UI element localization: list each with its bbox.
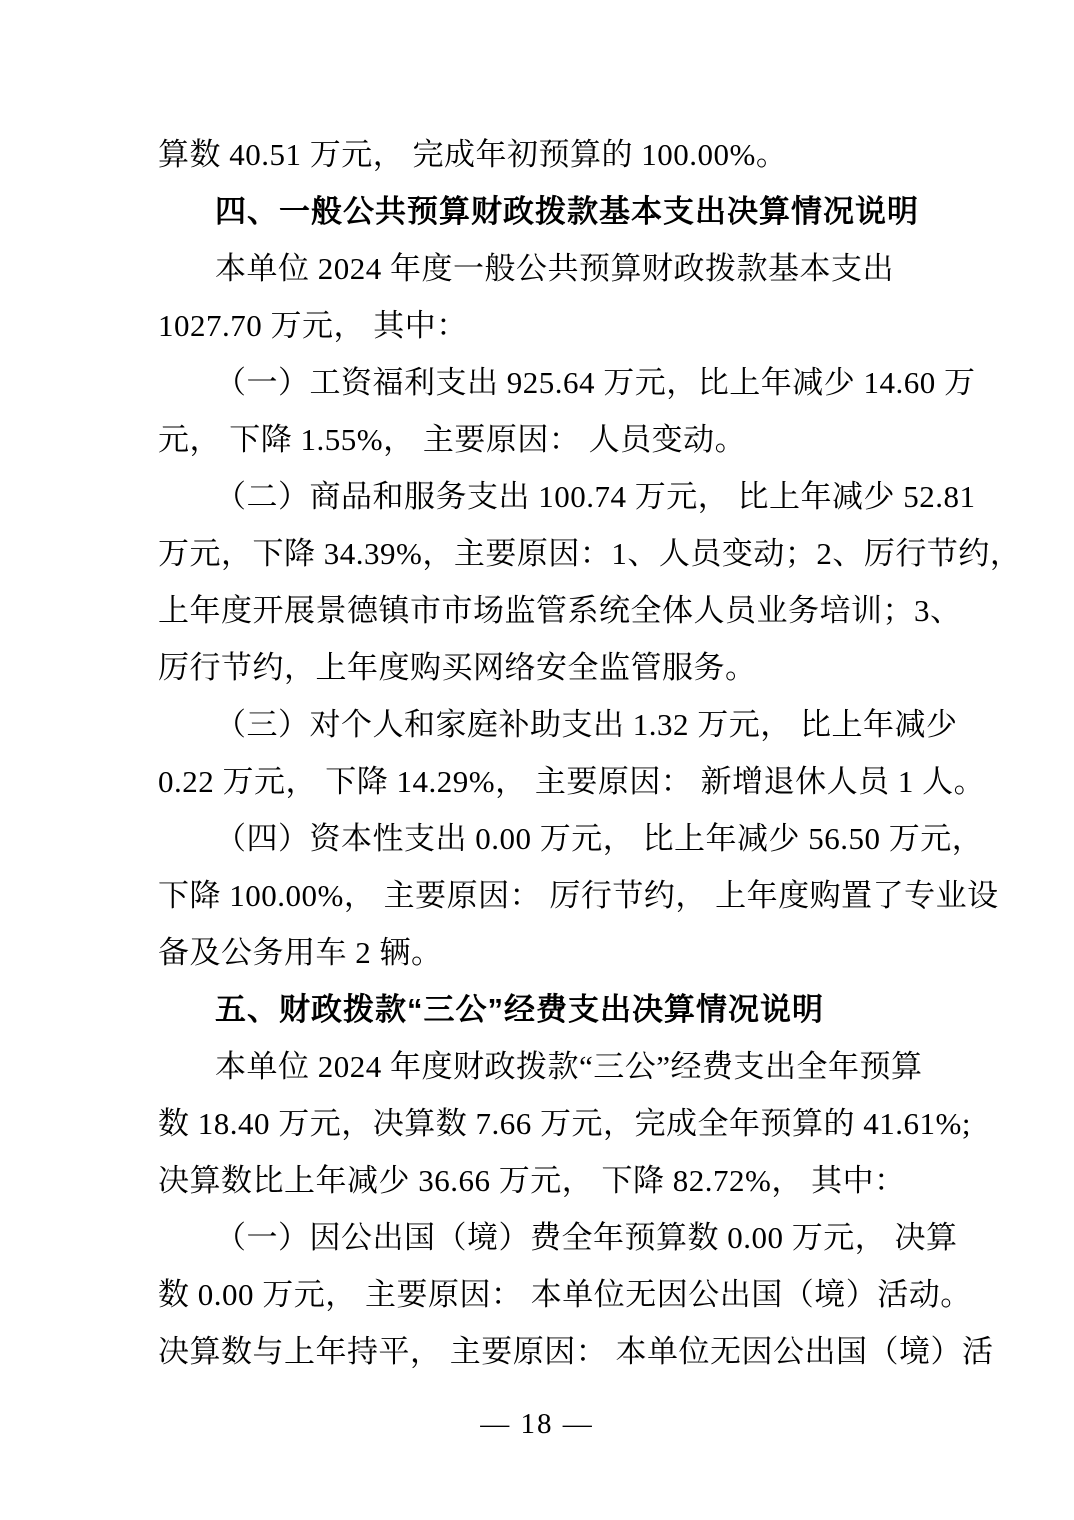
body-line: 数 0.00 万元， 主要原因： 本单位无因公出国（境）活动。 bbox=[158, 1266, 918, 1323]
body-line: 上年度开展景德镇市市场监管系统全体人员业务培训；3、 bbox=[158, 582, 918, 639]
body-line: （一）工资福利支出 925.64 万元，比上年减少 14.60 万 bbox=[158, 354, 918, 411]
body-line: （一）因公出国（境）费全年预算数 0.00 万元， 决算 bbox=[158, 1209, 918, 1266]
body-line: （三）对个人和家庭补助支出 1.32 万元， 比上年减少 bbox=[158, 696, 918, 753]
body-line: 0.22 万元， 下降 14.29%， 主要原因： 新增退休人员 1 人。 bbox=[158, 753, 918, 810]
body-line: 决算数比上年减少 36.66 万元， 下降 82.72%， 其中： bbox=[158, 1152, 918, 1209]
page-number: — 18 — bbox=[0, 1396, 1074, 1453]
body-line: 1027.70 万元， 其中： bbox=[158, 297, 918, 354]
body-line: 算数 40.51 万元， 完成年初预算的 100.00%。 bbox=[158, 126, 918, 183]
body-line: 备及公务用车 2 辆。 bbox=[158, 924, 918, 981]
body-line: （二）商品和服务支出 100.74 万元， 比上年减少 52.81 bbox=[158, 468, 918, 525]
document-page: 算数 40.51 万元， 完成年初预算的 100.00%。 四、一般公共预算财政… bbox=[0, 0, 1074, 1520]
body-line: 下降 100.00%， 主要原因： 厉行节约， 上年度购置了专业设 bbox=[158, 867, 918, 924]
body-line: 本单位 2024 年度一般公共预算财政拨款基本支出 bbox=[158, 240, 918, 297]
body-line: 元， 下降 1.55%， 主要原因： 人员变动。 bbox=[158, 411, 918, 468]
body-line: （四）资本性支出 0.00 万元， 比上年减少 56.50 万元， bbox=[158, 810, 918, 867]
body-line: 本单位 2024 年度财政拨款“三公”经费支出全年预算 bbox=[158, 1038, 918, 1095]
body-line: 决算数与上年持平， 主要原因： 本单位无因公出国（境）活 bbox=[158, 1323, 918, 1380]
section-heading-4: 四、一般公共预算财政拨款基本支出决算情况说明 bbox=[158, 183, 918, 240]
document-body: 算数 40.51 万元， 完成年初预算的 100.00%。 四、一般公共预算财政… bbox=[158, 126, 918, 1380]
body-line: 万元，下降 34.39%，主要原因：1、人员变动；2、厉行节约， bbox=[158, 525, 918, 582]
section-heading-5: 五、财政拨款“三公”经费支出决算情况说明 bbox=[158, 981, 918, 1038]
body-line: 数 18.40 万元，决算数 7.66 万元，完成全年预算的 41.61%; bbox=[158, 1095, 918, 1152]
body-line: 厉行节约，上年度购买网络安全监管服务。 bbox=[158, 639, 918, 696]
